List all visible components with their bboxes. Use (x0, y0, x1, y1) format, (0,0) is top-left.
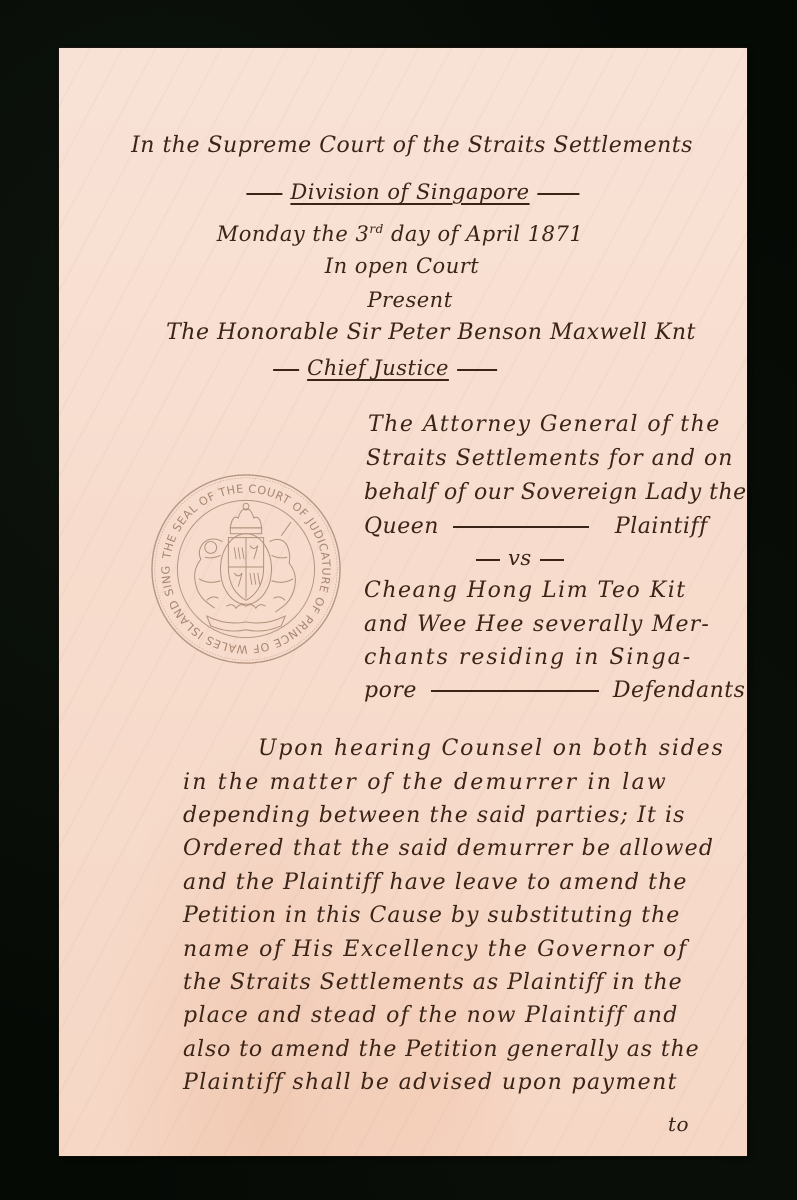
catchword: to (668, 1112, 689, 1136)
fill-rule (431, 690, 599, 692)
body-line-4: Ordered that the said demurrer be allowe… (183, 836, 714, 861)
body-line-5: and the Plaintiff have leave to amend th… (183, 870, 688, 895)
plaintiff-line-3: behalf of our Sovereign Lady the (364, 480, 747, 505)
versus-text: vs (508, 546, 532, 570)
dash-right (538, 193, 580, 195)
body-line-6: Petition in this Cause by substituting t… (183, 903, 680, 928)
body-line-11: Plaintiff shall be advised upon payment (183, 1070, 678, 1095)
date-suffix: day of April 1871 (384, 222, 583, 246)
court-seal-icon: THE SEAL OF THE COURT OF JUDICATURE OF P… (148, 471, 344, 667)
dash-right (457, 369, 497, 371)
defendant-line-2: and Wee Hee severally Mer- (364, 612, 710, 637)
body-line-9: place and stead of the now Plaintiff and (183, 1003, 679, 1028)
plaintiff-label: Plaintiff (615, 514, 708, 539)
versus-line: vs (468, 546, 572, 570)
body-line-2: in the matter of the demurrer in law (183, 770, 668, 795)
dash-left (476, 559, 500, 561)
queen-text: Queen (364, 514, 439, 539)
dash-right (540, 559, 564, 561)
judge-name: The Honorable Sir Peter Benson Maxwell K… (166, 320, 696, 345)
defendant-line-3: chants residing in Singa- (364, 645, 692, 670)
body-line-7: name of His Excellency the Governor of (183, 937, 688, 962)
fill-rule (453, 526, 589, 528)
date-prefix: Monday the 3 (217, 222, 370, 246)
body-line-1: Upon hearing Counsel on both sides (258, 736, 725, 761)
defendant-line-4: poreDefendants (364, 678, 745, 703)
present-label: Present (367, 288, 452, 312)
body-line-3: depending between the said parties; It i… (183, 803, 686, 828)
judge-title: Chief Justice (307, 356, 449, 380)
body-line-8: the Straits Settlements as Plaintiff in … (183, 970, 683, 995)
defendant-line-1: Cheang Hong Lim Teo Kit (364, 578, 687, 603)
plaintiff-line-1: The Attorney General of the (368, 412, 721, 437)
division-text: Division of Singapore (290, 180, 529, 204)
dash-left (246, 193, 282, 195)
dash-left (273, 369, 299, 371)
body-line-10: also to amend the Petition generally as … (183, 1037, 700, 1062)
defendants-label: Defendants (613, 678, 746, 703)
judge-title-line: Chief Justice (265, 356, 505, 380)
svg-text:THE SEAL OF THE COURT OF JUDIC: THE SEAL OF THE COURT OF JUDICATURE OF P… (148, 471, 333, 656)
plaintiff-line-4: QueenPlaintiff (364, 514, 708, 539)
division-heading: Division of Singapore (238, 180, 587, 204)
pore-text: pore (364, 678, 417, 703)
session-text: In open Court (325, 254, 479, 278)
hearing-date: Monday the 3rd day of April 1871 (217, 222, 584, 246)
plaintiff-line-2: Straits Settlements for and on (366, 446, 733, 471)
court-heading: In the Supreme Court of the Straits Sett… (131, 133, 693, 158)
date-ordinal: rd (369, 222, 383, 236)
